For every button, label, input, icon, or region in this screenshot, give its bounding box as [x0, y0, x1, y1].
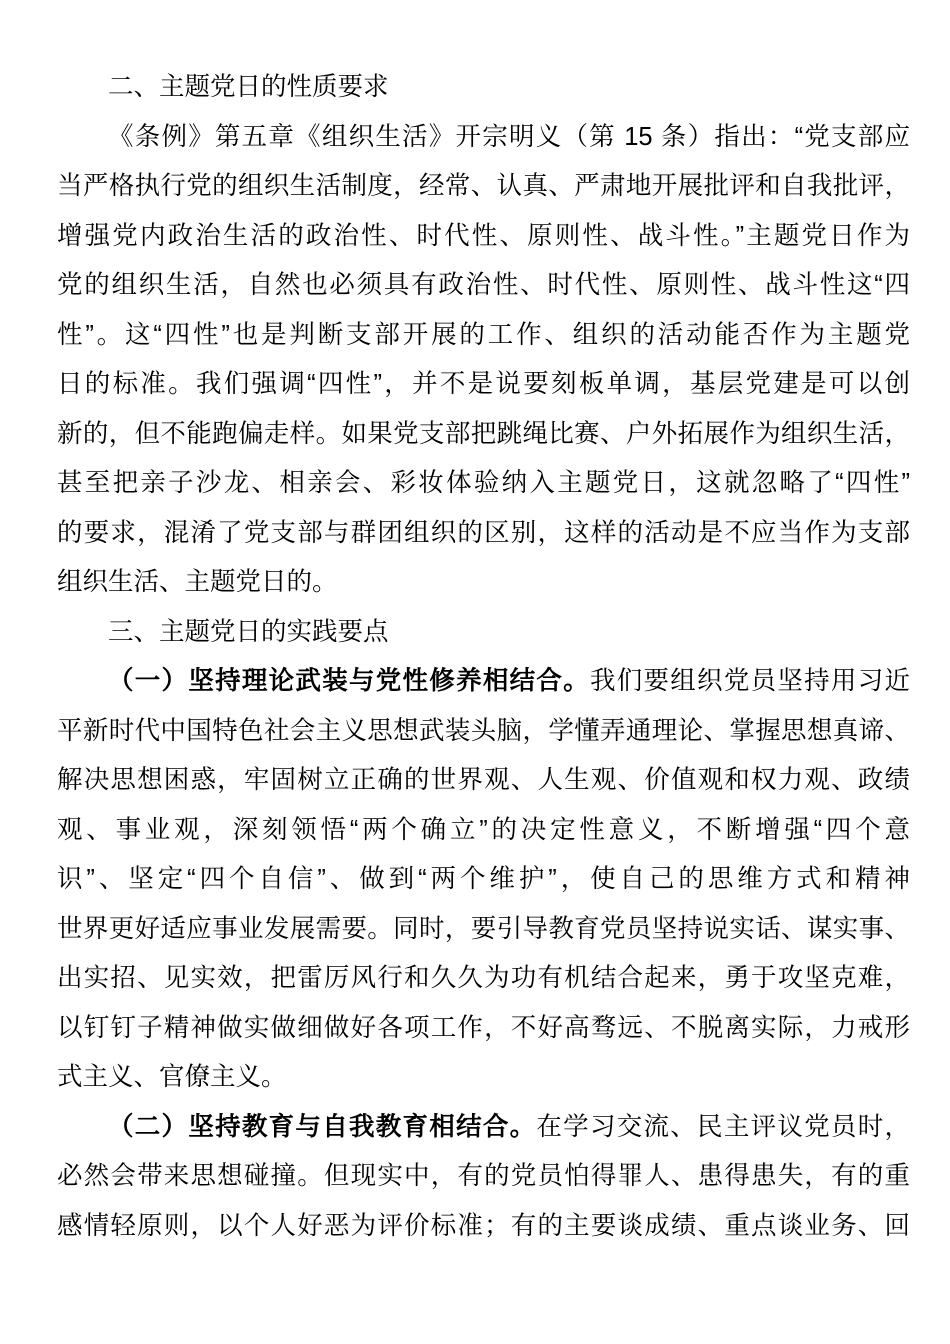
text-line: 增强党内政治生活的政治性、时代性、原则性、战斗性。”主题党日作为 [57, 212, 910, 262]
text-segment: 世界更好适应事业发展需要。同时，要引导教育党员坚持说实话、谋实事、 [57, 915, 910, 943]
text-line: 《条例》第五章《组织生活》开宗明义（第 15 条）指出：“党支部应 [57, 113, 910, 163]
section-heading-2: 二、主题党日的性质要求 [57, 63, 910, 113]
document-page: 二、主题党日的性质要求《条例》第五章《组织生活》开宗明义（第 15 条）指出：“… [0, 0, 950, 1344]
text-line: 日的标准。我们强调“四性”，并不是说要刻板单调，基层党建是可以创 [57, 360, 910, 410]
text-segment: 甚至把亲子沙龙、相亲会、彩妆体验纳入主题党日，这就忽略了“四性” [57, 469, 910, 497]
text-line: 观、事业观，深刻领悟“两个确立”的决定性意义，不断增强“四个意 [57, 806, 910, 856]
paragraph-nature-requirements: 《条例》第五章《组织生活》开宗明义（第 15 条）指出：“党支部应当严格执行党的… [57, 113, 910, 608]
text-line: 党的组织生活，自然也必须具有政治性、时代性、原则性、战斗性这“四 [57, 261, 910, 311]
text-segment: 出实招、见实效，把雷厉风行和久久为功有机结合起来，勇于攻坚克难， [57, 964, 910, 992]
text-line: 以钉钉子精神做实做细做好各项工作，不好高骛远、不脱离实际，力戒形 [57, 1004, 910, 1054]
text-segment: 党的组织生活，自然也必须具有政治性、时代性、原则性、战斗性这“四 [57, 271, 910, 299]
text-line: （二）坚持教育与自我教育相结合。在学习交流、民主评议党员时， [57, 1103, 910, 1153]
text-line: 识”、坚定“四个自信”、做到“两个维护”，使自己的思维方式和精神 [57, 855, 910, 905]
section-heading-3: 三、主题党日的实践要点 [57, 608, 910, 658]
text-segment: 新的，但不能跑偏走样。如果党支部把跳绳比赛、户外拓展作为组织生活， [57, 420, 910, 448]
text-segment: 平新时代中国特色社会主义思想武装头脑，学懂弄通理论、掌握思想真谛、 [57, 717, 910, 745]
text-line: 新的，但不能跑偏走样。如果党支部把跳绳比赛、户外拓展作为组织生活， [57, 410, 910, 460]
text-line: 二、主题党日的性质要求 [57, 63, 910, 113]
paragraph-point-1: （一）坚持理论武装与党性修养相结合。我们要组织党员坚持用习近平新时代中国特色社会… [57, 657, 910, 1103]
text-segment: 感情轻原则，以个人好恶为评价标准；有的主要谈成绩、重点谈业务、回 [57, 1212, 910, 1240]
text-segment: 二、主题党日的性质要求 [108, 73, 389, 101]
text-segment: 《条例》第五章《组织生活》开宗明义（第 15 条）指出：“党支部应 [108, 123, 910, 151]
text-segment: 解决思想困惑，牢固树立正确的世界观、人生观、价值观和权力观、政绩 [57, 766, 910, 794]
text-segment: 观、事业观，深刻领悟“两个确立”的决定性意义，不断增强“四个意 [57, 816, 910, 844]
text-segment: 当严格执行党的组织生活制度，经常、认真、严肃地开展批评和自我批评， [57, 172, 910, 200]
bold-text-segment: （二）坚持教育与自我教育相结合。 [108, 1113, 536, 1141]
text-segment: 必然会带来思想碰撞。但现实中，有的党员怕得罪人、患得患失，有的重 [57, 1162, 910, 1190]
text-line: 必然会带来思想碰撞。但现实中，有的党员怕得罪人、患得患失，有的重 [57, 1152, 910, 1202]
text-segment: 识”、坚定“四个自信”、做到“两个维护”，使自己的思维方式和精神 [57, 865, 910, 893]
text-segment: 三、主题党日的实践要点 [108, 618, 389, 646]
text-segment: 我们要组织党员坚持用习近 [590, 667, 910, 695]
text-segment: 性”。这“四性”也是判断支部开展的工作、组织的活动能否作为主题党 [57, 321, 910, 349]
text-segment: 以钉钉子精神做实做细做好各项工作，不好高骛远、不脱离实际，力戒形 [57, 1014, 910, 1042]
text-line: 性”。这“四性”也是判断支部开展的工作、组织的活动能否作为主题党 [57, 311, 910, 361]
text-line: 三、主题党日的实践要点 [57, 608, 910, 658]
text-line: 的要求，混淆了党支部与群团组织的区别，这样的活动是不应当作为支部 [57, 509, 910, 559]
text-segment: 的要求，混淆了党支部与群团组织的区别，这样的活动是不应当作为支部 [57, 519, 910, 547]
text-line: 组织生活、主题党日的。 [57, 558, 910, 608]
text-segment: 在学习交流、民主评议党员时， [536, 1113, 910, 1141]
text-line: 出实招、见实效，把雷厉风行和久久为功有机结合起来，勇于攻坚克难， [57, 954, 910, 1004]
text-line: 感情轻原则，以个人好恶为评价标准；有的主要谈成绩、重点谈业务、回 [57, 1202, 910, 1252]
text-line: 当严格执行党的组织生活制度，经常、认真、严肃地开展批评和自我批评， [57, 162, 910, 212]
text-segment: 式主义、官僚主义。 [57, 1063, 287, 1091]
bold-text-segment: （一）坚持理论武装与党性修养相结合。 [108, 667, 590, 695]
text-line: 平新时代中国特色社会主义思想武装头脑，学懂弄通理论、掌握思想真谛、 [57, 707, 910, 757]
text-line: 解决思想困惑，牢固树立正确的世界观、人生观、价值观和权力观、政绩 [57, 756, 910, 806]
text-line: 世界更好适应事业发展需要。同时，要引导教育党员坚持说实话、谋实事、 [57, 905, 910, 955]
text-line: （一）坚持理论武装与党性修养相结合。我们要组织党员坚持用习近 [57, 657, 910, 707]
paragraph-point-2: （二）坚持教育与自我教育相结合。在学习交流、民主评议党员时，必然会带来思想碰撞。… [57, 1103, 910, 1252]
text-segment: 日的标准。我们强调“四性”，并不是说要刻板单调，基层党建是可以创 [57, 370, 910, 398]
text-line: 甚至把亲子沙龙、相亲会、彩妆体验纳入主题党日，这就忽略了“四性” [57, 459, 910, 509]
text-segment: 组织生活、主题党日的。 [57, 568, 338, 596]
text-line: 式主义、官僚主义。 [57, 1053, 910, 1103]
text-segment: 增强党内政治生活的政治性、时代性、原则性、战斗性。”主题党日作为 [57, 222, 910, 250]
document-content: 二、主题党日的性质要求《条例》第五章《组织生活》开宗明义（第 15 条）指出：“… [57, 63, 910, 1251]
